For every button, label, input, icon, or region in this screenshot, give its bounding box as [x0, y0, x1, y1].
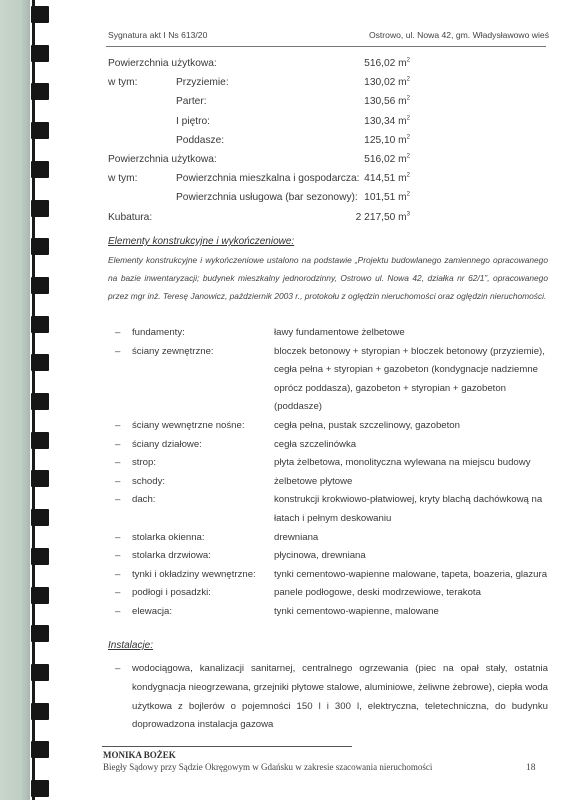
binding-hole — [31, 277, 49, 294]
binding-hole — [31, 587, 49, 604]
element-label: ściany zewnętrzne: — [132, 343, 214, 362]
element-item: –strop:płyta żelbetowa, monolityczna wyl… — [108, 454, 548, 473]
binding-hole — [31, 664, 49, 681]
area-row: Powierzchnia użytkowa:516,02 m2 — [108, 54, 448, 73]
element-item: –podłogi i posadzki:panele podłogowe, de… — [108, 584, 548, 603]
list-dash: – — [115, 417, 120, 436]
area-label: Powierzchnia użytkowa: — [108, 150, 217, 169]
list-dash: – — [115, 343, 120, 362]
element-label: stolarka okienna: — [132, 529, 205, 548]
element-item: –stolarka okienna:drewniana — [108, 529, 548, 548]
area-value: 130,56 m2 — [364, 92, 410, 111]
binding-hole — [31, 6, 49, 23]
area-row: Kubatura:2 217,50 m3 — [108, 208, 448, 227]
list-dash: – — [115, 491, 120, 510]
binding-hole — [31, 83, 49, 100]
element-description: płycinowa, drewniana — [274, 547, 548, 566]
binding-hole — [31, 45, 49, 62]
element-description: drewniana — [274, 529, 548, 548]
list-dash: – — [115, 584, 120, 603]
element-description: cegła szczelinówka — [274, 436, 548, 455]
element-item: –elewacja:tynki cementowo-wapienne, malo… — [108, 603, 548, 622]
construction-elements-list: –fundamenty:ławy fundamentowe żelbetowe–… — [108, 324, 548, 622]
area-value: 130,02 m2 — [364, 73, 410, 92]
binding-hole — [31, 354, 49, 371]
binding-hole — [31, 625, 49, 642]
element-item: –ściany wewnętrzne nośne:cegła pełna, pu… — [108, 417, 548, 436]
binding-hole — [31, 432, 49, 449]
footer-divider — [102, 746, 352, 747]
binding-hole — [31, 161, 49, 178]
element-item: –ściany działowe:cegła szczelinówka — [108, 436, 548, 455]
binding-hole — [31, 741, 49, 758]
area-row: Parter:130,56 m2 — [108, 92, 448, 111]
element-label: fundamenty: — [132, 324, 185, 343]
header-divider — [106, 46, 546, 47]
author-name: MONIKA BOŻEK — [103, 750, 176, 760]
installations-section-title: Instalacje: — [108, 640, 153, 651]
element-item: –dach:konstrukcji krokwiowo-płatwiowej, … — [108, 491, 548, 528]
area-row: Powierzchnia użytkowa:516,02 m2 — [108, 150, 448, 169]
element-item: –fundamenty:ławy fundamentowe żelbetowe — [108, 324, 548, 343]
elements-intro-paragraph: Elementy konstrukcyjne i wykończeniowe u… — [108, 252, 548, 305]
binding-hole — [31, 703, 49, 720]
author-role: Biegły Sądowy przy Sądzie Okręgowym w Gd… — [103, 762, 432, 772]
area-label: w tym: — [108, 169, 137, 188]
element-label: tynki i okładziny wewnętrzne: — [132, 566, 256, 585]
area-sublabel: Poddasze: — [176, 131, 224, 150]
element-description: konstrukcji krokwiowo-płatwiowej, kryty … — [274, 491, 548, 528]
binding-hole — [31, 780, 49, 797]
binding-hole — [31, 470, 49, 487]
area-label: w tym: — [108, 73, 137, 92]
element-description: ławy fundamentowe żelbetowe — [274, 324, 548, 343]
list-dash: – — [115, 473, 120, 492]
element-description: tynki cementowo-wapienne malowane, tapet… — [274, 566, 548, 585]
element-description: cegła pełna, pustak szczelinowy, gazobet… — [274, 417, 548, 436]
area-value: 516,02 m2 — [364, 150, 410, 169]
installations-list: – wodociągowa, kanalizacji sanitarnej, c… — [108, 660, 548, 735]
binding-hole — [31, 238, 49, 255]
element-label: elewacja: — [132, 603, 172, 622]
area-row: w tym:Przyziemie:130,02 m2 — [108, 73, 448, 92]
element-description: tynki cementowo-wapienne, malowane — [274, 603, 548, 622]
property-location: Ostrowo, ul. Nowa 42, gm. Władysławowo w… — [369, 30, 549, 40]
list-dash: – — [115, 454, 120, 473]
element-description: płyta żelbetowa, monolityczna wylewana n… — [274, 454, 548, 473]
element-item: –ściany zewnętrzne:bloczek betonowy + st… — [108, 343, 548, 417]
binding-hole — [31, 316, 49, 333]
list-dash: – — [115, 603, 120, 622]
area-value: 130,34 m2 — [364, 112, 410, 131]
area-sublabel: Powierzchnia mieszkalna i gospodarcza: — [176, 169, 359, 188]
binding-hole — [31, 393, 49, 410]
page-number: 18 — [526, 762, 536, 773]
element-item: –stolarka drzwiowa:płycinowa, drewniana — [108, 547, 548, 566]
area-value: 414,51 m2 — [364, 169, 410, 188]
element-description: panele podłogowe, deski modrzewiowe, ter… — [274, 584, 548, 603]
area-row: w tym:Powierzchnia mieszkalna i gospodar… — [108, 169, 448, 188]
element-item: –tynki i okładziny wewnętrzne:tynki ceme… — [108, 566, 548, 585]
element-label: stolarka drzwiowa: — [132, 547, 211, 566]
area-label: Powierzchnia użytkowa: — [108, 54, 217, 73]
area-row: Powierzchnia usługowa (bar sezonowy):101… — [108, 188, 448, 207]
elements-section-title: Elementy konstrukcyjne i wykończeniowe: — [108, 236, 294, 247]
list-dash: – — [115, 436, 120, 455]
area-label: Kubatura: — [108, 208, 152, 227]
element-description: bloczek betonowy + styropian + bloczek b… — [274, 343, 548, 417]
scanner-backing — [0, 0, 30, 800]
element-label: ściany wewnętrzne nośne: — [132, 417, 245, 436]
area-row: I piętro:130,34 m2 — [108, 112, 448, 131]
binding-hole — [31, 200, 49, 217]
area-summary-table: Powierzchnia użytkowa:516,02 m2w tym:Prz… — [108, 54, 448, 227]
list-dash: – — [115, 547, 120, 566]
area-sublabel: Przyziemie: — [176, 73, 229, 92]
element-label: podłogi i posadzki: — [132, 584, 211, 603]
binding-hole — [31, 548, 49, 565]
element-label: strop: — [132, 454, 156, 473]
list-dash: – — [115, 529, 120, 548]
area-row: Poddasze:125,10 m2 — [108, 131, 448, 150]
element-label: dach: — [132, 491, 155, 510]
binding-hole — [31, 509, 49, 526]
list-dash: – — [115, 324, 120, 343]
area-value: 516,02 m2 — [364, 54, 410, 73]
element-label: ściany działowe: — [132, 436, 202, 455]
installations-text: wodociągowa, kanalizacji sanitarnej, cen… — [132, 660, 548, 735]
binding-hole — [31, 122, 49, 139]
area-sublabel: Powierzchnia usługowa (bar sezonowy): — [176, 188, 358, 207]
area-value: 125,10 m2 — [364, 131, 410, 150]
element-description: żelbetowe płytowe — [274, 473, 548, 492]
area-sublabel: I piętro: — [176, 112, 210, 131]
element-label: schody: — [132, 473, 165, 492]
area-sublabel: Parter: — [176, 92, 207, 111]
list-dash: – — [115, 660, 120, 679]
list-dash: – — [115, 566, 120, 585]
element-item: –schody:żelbetowe płytowe — [108, 473, 548, 492]
area-value: 101,51 m2 — [364, 188, 410, 207]
area-value: 2 217,50 m3 — [356, 208, 410, 227]
